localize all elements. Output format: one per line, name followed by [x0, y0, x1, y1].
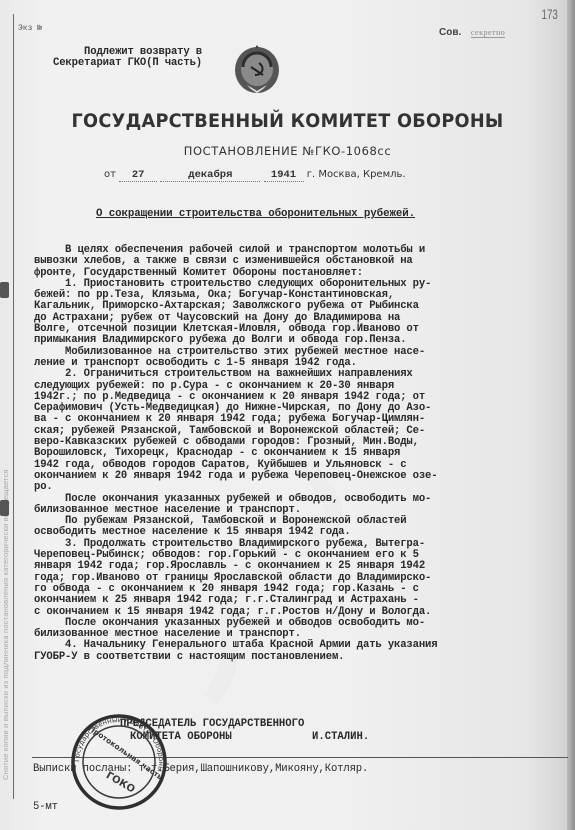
page-edge-shadow: [567, 0, 575, 830]
body-line: окончанием к 25 января 1942 года; г.г.Ст…: [34, 595, 544, 606]
date-prefix: от: [104, 169, 116, 180]
official-seal-stamp-icon: Государственный Комитет Обороны Протокол…: [70, 713, 168, 811]
decree-number: ПОСТАНОВЛЕНИЕ №ГКО-1068сс: [0, 144, 575, 158]
ussr-state-emblem-icon: [233, 45, 281, 97]
margin-rule: [13, 14, 14, 799]
decree-subject: О сокращении строительства оборонительны…: [96, 208, 415, 220]
body-line: ро.: [34, 482, 544, 493]
classification-prefix: Сов.: [439, 27, 461, 38]
copy-number-label: Экз №: [18, 24, 42, 33]
body-line: 2. Ограничиться строительством на важней…: [34, 369, 544, 380]
decree-body: В целях обеспечения рабочей силой и тран…: [34, 245, 544, 663]
body-line: окончанием к 20 января 1942 года и рубеж…: [34, 471, 544, 482]
archive-page-number: 173: [542, 6, 558, 22]
body-line: 4. Начальнику Генерального штаба Красной…: [34, 640, 544, 651]
date-month: декабря: [160, 169, 260, 182]
signatory-name: И.СТАЛИН.: [312, 731, 369, 743]
organization-title: ГОСУДАРСТВЕННЫЙ КОМИТЕТ ОБОРОНЫ: [20, 110, 555, 132]
return-notice-line-2: Секретариат ГКО(П часть): [34, 58, 202, 69]
date-day: 27: [119, 169, 157, 182]
document-page: Снятие копии и выписки из подлинника пос…: [0, 0, 575, 830]
binding-hole: [0, 500, 9, 516]
binding-hole: [0, 282, 9, 298]
classification: Сов. секретно: [439, 22, 505, 40]
body-line: вывозки хлебов, а также в связи с измени…: [34, 256, 544, 267]
body-line: примыкания Владимирского рубежа до Волги…: [34, 335, 544, 346]
body-line: января 1942 года; гор.Ярославль - с окон…: [34, 561, 544, 572]
stamp-center-text: ГОКО: [104, 770, 137, 795]
body-line: Ворошиловск, Тихорецк, Краснодар - с око…: [34, 448, 544, 459]
decree-date: от 27 декабря 1941 г. Москва, Кремль.: [104, 169, 406, 182]
date-year: 1941: [264, 169, 304, 182]
return-notice: Подлежит возврату в Секретариат ГКО(П ча…: [34, 47, 202, 70]
typist-mark: 5-мт: [33, 802, 58, 813]
classification-stamp: секретно: [471, 28, 505, 38]
date-place: г. Москва, Кремль.: [307, 169, 406, 180]
body-line: ГУОБР-У в соответствии с настоящим поста…: [34, 652, 544, 663]
